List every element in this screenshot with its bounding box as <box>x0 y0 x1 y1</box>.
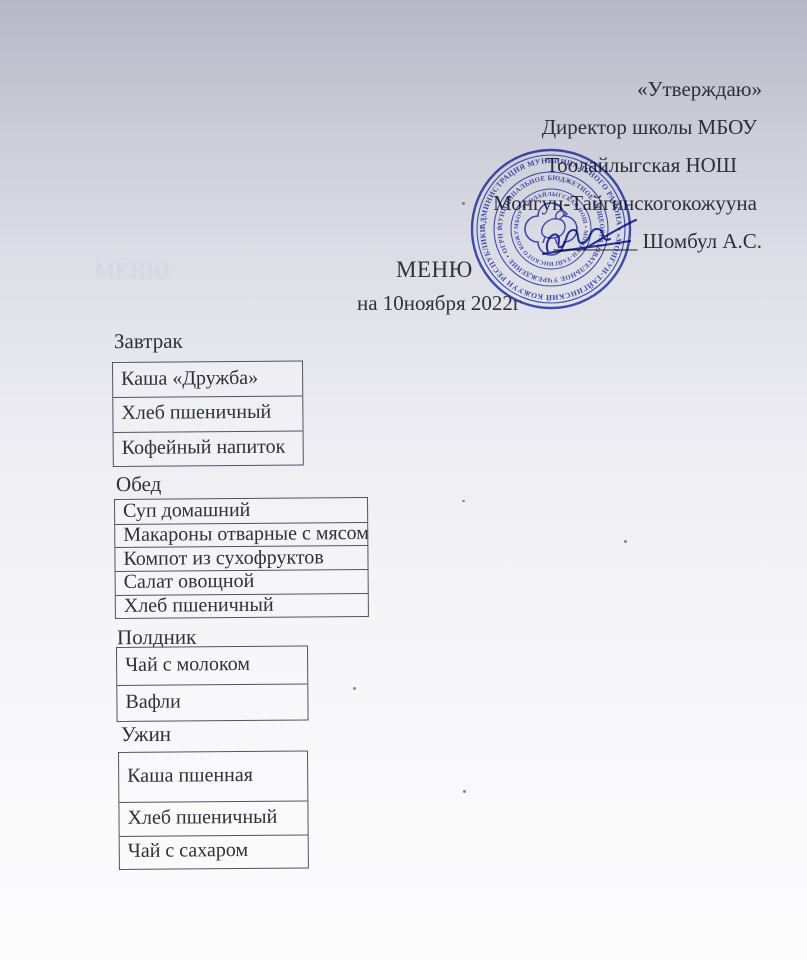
menu-item-row: Хлеб пшеничный <box>116 593 368 619</box>
section-heading-dinner: Ужин <box>121 722 171 747</box>
page-title: МЕНЮ <box>396 257 473 283</box>
menu-item-row: Хлеб пшеничный <box>113 396 302 432</box>
breakfast-table: Каша «Дружба» Хлеб пшеничный Кофейный на… <box>112 360 304 466</box>
signature <box>540 216 660 260</box>
menu-item-row: Макароны отварные с мясом <box>115 522 367 548</box>
scanned-menu-page: «Утверждаю» Директор школы МБОУ Тоолайлы… <box>0 0 807 960</box>
menu-item-row: Каша «Дружба» <box>113 362 302 398</box>
snack-table: Чай с молоком Вафли <box>116 645 309 722</box>
paper-speck <box>462 202 465 205</box>
menu-item-row: Суп домашний <box>115 498 367 524</box>
menu-item-row: Чай с сахаром <box>120 834 308 869</box>
section-heading-breakfast: Завтрак <box>114 329 183 354</box>
menu-item-row: Чай с молоком <box>117 646 307 684</box>
bleed-through-text: МЕНЮ <box>95 258 171 284</box>
section-heading-lunch: Обед <box>116 472 161 497</box>
menu-item-row: Компот из сухофруктов <box>115 545 367 571</box>
menu-item-row: Хлеб пшеничный <box>119 801 307 836</box>
menu-date: на 10ноября 2022г <box>357 291 522 316</box>
paper-speck <box>624 540 627 543</box>
paper-speck <box>462 500 465 502</box>
menu-item-row: Каша пшенная <box>119 752 307 802</box>
menu-item-row: Салат овощной <box>116 569 368 595</box>
dinner-table: Каша пшенная Хлеб пшеничный Чай с сахаро… <box>118 751 309 870</box>
paper-speck <box>353 687 356 690</box>
menu-item-row: Вафли <box>117 683 307 721</box>
approval-line: «Утверждаю» <box>637 77 762 102</box>
approval-line: Директор школы МБОУ <box>542 115 757 140</box>
menu-item-row: Кофейный напиток <box>114 430 303 466</box>
paper-speck <box>463 790 466 793</box>
lunch-table: Суп домашний Макароны отварные с мясом К… <box>114 497 369 619</box>
